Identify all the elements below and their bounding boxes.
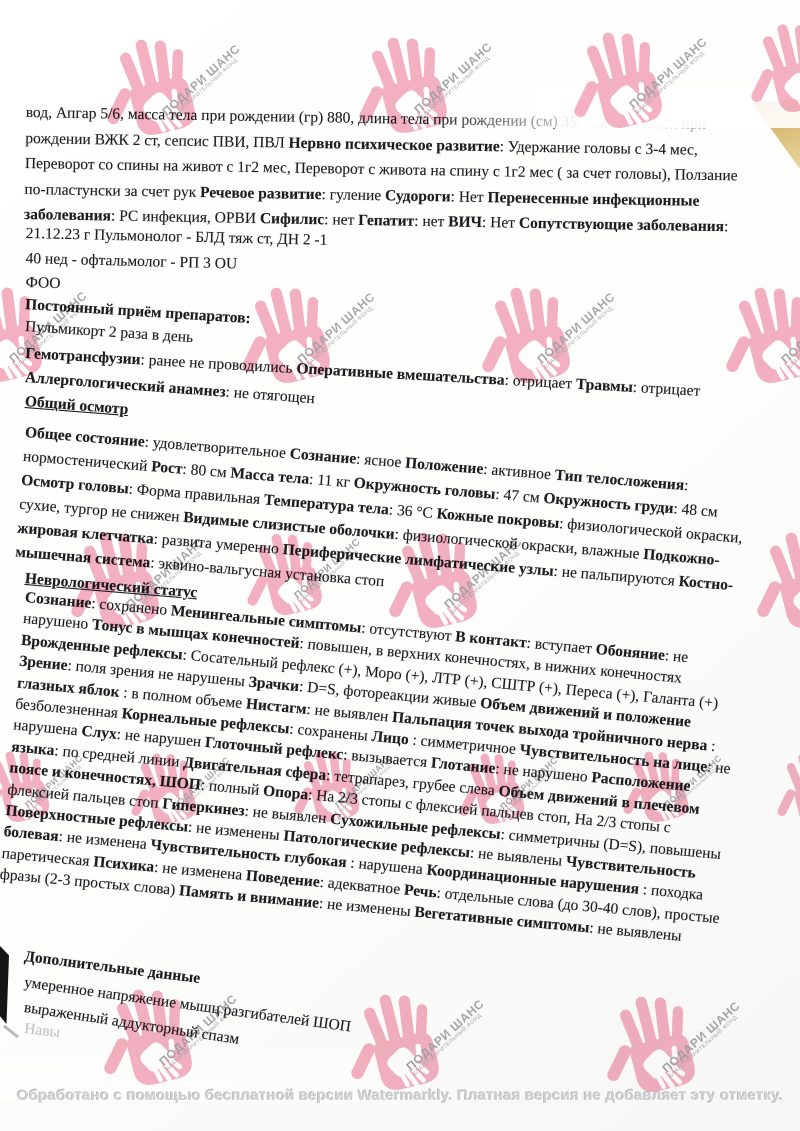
text-segment: Гепатит bbox=[358, 212, 414, 230]
text-segment: Слух bbox=[81, 723, 118, 743]
text-segment: Сифилис bbox=[260, 210, 325, 228]
text-segment: : нарушена bbox=[346, 855, 428, 879]
text-segment: : удовлетворительное bbox=[144, 434, 290, 463]
text-segment: Зрение bbox=[18, 653, 68, 674]
text-segment: ФОО bbox=[25, 274, 60, 292]
text-segment: : адекватное bbox=[319, 874, 405, 899]
text-segment: Сознание bbox=[24, 589, 92, 612]
overexposure-fade bbox=[430, 88, 800, 128]
text-segment: : развита умеренно bbox=[153, 531, 283, 558]
text-segment: Гиперкинез bbox=[162, 795, 246, 819]
text-segment: Температура тела bbox=[263, 491, 389, 518]
text-segment: Осмотр головы bbox=[21, 472, 130, 498]
text-segment: : не изменена bbox=[58, 828, 152, 853]
text-segment: Обоняние bbox=[595, 641, 666, 664]
text-segment: Гемотрансфузии bbox=[25, 345, 141, 368]
text-segment: : нет bbox=[414, 213, 448, 231]
text-segment: : сохранено bbox=[91, 595, 172, 619]
text-segment: : 47 см bbox=[495, 486, 544, 507]
text-segment: : 36 °C bbox=[388, 501, 437, 522]
text-segment: Опора bbox=[262, 783, 308, 804]
text-segment: : отдельные слова (до 30-40 слов), прост… bbox=[0, 866, 720, 927]
text-segment: Объем движений в плечевом поясе и конечн… bbox=[9, 760, 701, 818]
text-segment: : ранее не проводились bbox=[140, 351, 297, 377]
text-segment: Положение bbox=[405, 455, 484, 478]
text-segment: Окружность головы bbox=[353, 475, 496, 503]
text-segment: Рост bbox=[151, 458, 184, 477]
text-segment: : не выявлены bbox=[589, 920, 683, 945]
text-segment: : полный bbox=[200, 777, 264, 800]
watermarkly-notice: Обработано с помощью бесплатной версии W… bbox=[17, 1087, 783, 1104]
text-segment: : 11 кг bbox=[308, 471, 354, 492]
text-segment: Тип телосложения bbox=[554, 467, 685, 494]
text-segment: : Нет bbox=[450, 188, 487, 206]
scanned-medical-document: вод, Апгар 5/6, масса тела при рождении … bbox=[0, 0, 800, 1131]
text-segment: Окружность груди bbox=[543, 490, 674, 517]
text-segment: Лицо bbox=[371, 728, 410, 748]
text-segment: Общее состояние bbox=[24, 424, 145, 451]
text-segment: Судороги bbox=[385, 187, 451, 205]
text-segment: : 48 см bbox=[673, 500, 718, 520]
text-segment: Поведение bbox=[245, 867, 320, 891]
text-segment: В контакт bbox=[455, 628, 528, 651]
text-segment: : сохранены bbox=[289, 721, 373, 745]
text-segment: Сознание bbox=[289, 445, 357, 467]
text-segment: Зрачки bbox=[248, 674, 300, 696]
text-segment: : Форма правильная bbox=[128, 480, 265, 508]
text-segment: : не нарушен bbox=[116, 726, 206, 751]
text-segment: Общий осмотр bbox=[24, 393, 129, 418]
text-segment: : не выявлен bbox=[244, 802, 331, 827]
text-segment: Нервно психическое развитие bbox=[288, 134, 499, 155]
text-segment: Травмы bbox=[576, 376, 634, 396]
text-segment: Глотание bbox=[430, 755, 496, 778]
text-segment: : отрицает bbox=[504, 372, 576, 393]
document-text-layer: вод, Апгар 5/6, масса тела при рождении … bbox=[0, 0, 800, 1131]
text-segment: : не отягощен bbox=[225, 384, 315, 407]
text-segment: : активное bbox=[483, 461, 556, 484]
text-segment: Психика bbox=[93, 853, 155, 875]
text-segment: : вступает bbox=[526, 635, 597, 658]
text-segment: ВИЧ bbox=[448, 213, 482, 231]
text-segment: : Нет bbox=[482, 214, 519, 232]
text-segment: : не выявлен bbox=[306, 701, 393, 726]
text-segment: 21.12.23 г Пульмонолог - БЛД тяж ст, ДН … bbox=[26, 225, 328, 249]
text-segment: Масса тела bbox=[230, 465, 310, 488]
text-segment: рождении ВЖК 2 ст, сепсис ПВИ, ПВЛ bbox=[25, 129, 289, 151]
text-segment: : гуление bbox=[321, 186, 385, 204]
text-segment: : отрицает bbox=[632, 379, 700, 400]
text-segment: : вызывается bbox=[342, 747, 431, 772]
text-segment: : 80 см bbox=[182, 461, 231, 482]
text-segment: Речь bbox=[403, 881, 437, 901]
text-segment: : нет bbox=[324, 211, 358, 229]
text-segment: Нистагм bbox=[245, 695, 307, 717]
text-segment: : bbox=[724, 218, 729, 235]
text-segment: : не пальпируются bbox=[553, 563, 679, 590]
text-segment: : ясное bbox=[356, 451, 406, 472]
text-segment: : не изменены bbox=[318, 895, 415, 921]
text-segment: Кожные покровы bbox=[436, 505, 560, 532]
text-segment: Навы bbox=[23, 1020, 61, 1041]
text-segment: Речевое развитие bbox=[200, 184, 322, 203]
text-segment: 40 нед - офтальмолог - РП 3 OU bbox=[25, 250, 237, 273]
